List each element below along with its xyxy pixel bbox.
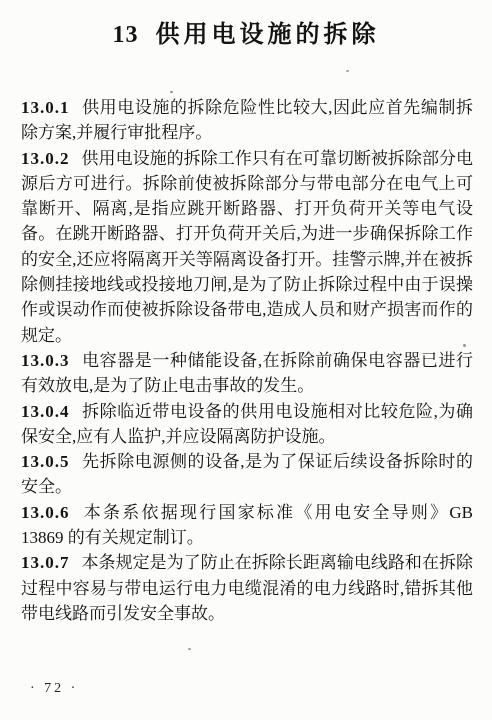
clause-number: 13.0.7 <box>21 553 70 572</box>
clause-paragraph: 13.0.5先拆除电源侧的设备,是为了保证后续设备拆除时的安全。 <box>21 449 473 500</box>
document-page: 13供用电设施的拆除 13.0.1供用电设施的拆除危险性比较大,因此应首先编制拆… <box>0 0 492 720</box>
clause-text: 电容器是一种储能设备,在拆除前确保电容器已进行有效放电,是为了防止电击事故的发生… <box>21 351 473 395</box>
clause-paragraph: 13.0.3电容器是一种储能设备,在拆除前确保电容器已进行有效放电,是为了防止电… <box>21 348 473 399</box>
clause-number: 13.0.2 <box>21 149 70 168</box>
clause-number: 13.0.1 <box>21 98 70 117</box>
clause-text: 供用电设施的拆除工作只有在可靠切断被拆除部分电源后方可进行。拆除前使被拆除部分与… <box>21 149 473 345</box>
scan-speck <box>170 91 173 93</box>
clause-text: 本条规定是为了防止在拆除长距离输电线路和在拆除过程中容易与带电运行电力电缆混淆的… <box>21 553 473 623</box>
chapter-title: 供用电设施的拆除 <box>156 22 380 48</box>
clause-text: 拆除临近带电设备的供用电设施相对比较危险,为确保安全,应有人监护,并应设隔离防护… <box>21 402 473 446</box>
clause-paragraph: 13.0.1供用电设施的拆除危险性比较大,因此应首先编制拆除方案,并履行审批程序… <box>21 95 473 146</box>
clause-text: 先拆除电源侧的设备,是为了保证后续设备拆除时的安全。 <box>21 452 473 496</box>
clause-number: 13.0.5 <box>21 452 70 471</box>
scan-speck <box>188 648 191 650</box>
clause-text: 供用电设施的拆除危险性比较大,因此应首先编制拆除方案,并履行审批程序。 <box>21 98 473 142</box>
clause-text: 本条系依据现行国家标准《用电安全导则》GB 13869 的有关规定制订。 <box>21 503 473 547</box>
clause-number: 13.0.4 <box>21 402 70 421</box>
clause-paragraph: 13.0.4拆除临近带电设备的供用电设施相对比较危险,为确保安全,应有人监护,并… <box>21 399 473 450</box>
chapter-number: 13 <box>113 22 139 48</box>
chapter-heading: 13供用电设施的拆除 <box>0 20 492 50</box>
page-number: · 72 · <box>30 681 78 697</box>
clause-paragraph: 13.0.2供用电设施的拆除工作只有在可靠切断被拆除部分电源后方可进行。拆除前使… <box>21 146 473 348</box>
clause-paragraph: 13.0.7本条规定是为了防止在拆除长距离输电线路和在拆除过程中容易与带电运行电… <box>21 550 473 626</box>
clause-paragraph: 13.0.6本条系依据现行国家标准《用电安全导则》GB 13869 的有关规定制… <box>21 500 473 551</box>
scan-speck <box>346 70 349 72</box>
clause-number: 13.0.6 <box>21 503 70 522</box>
clause-number: 13.0.3 <box>21 351 70 370</box>
clauses: 13.0.1供用电设施的拆除危险性比较大,因此应首先编制拆除方案,并履行审批程序… <box>21 95 473 626</box>
